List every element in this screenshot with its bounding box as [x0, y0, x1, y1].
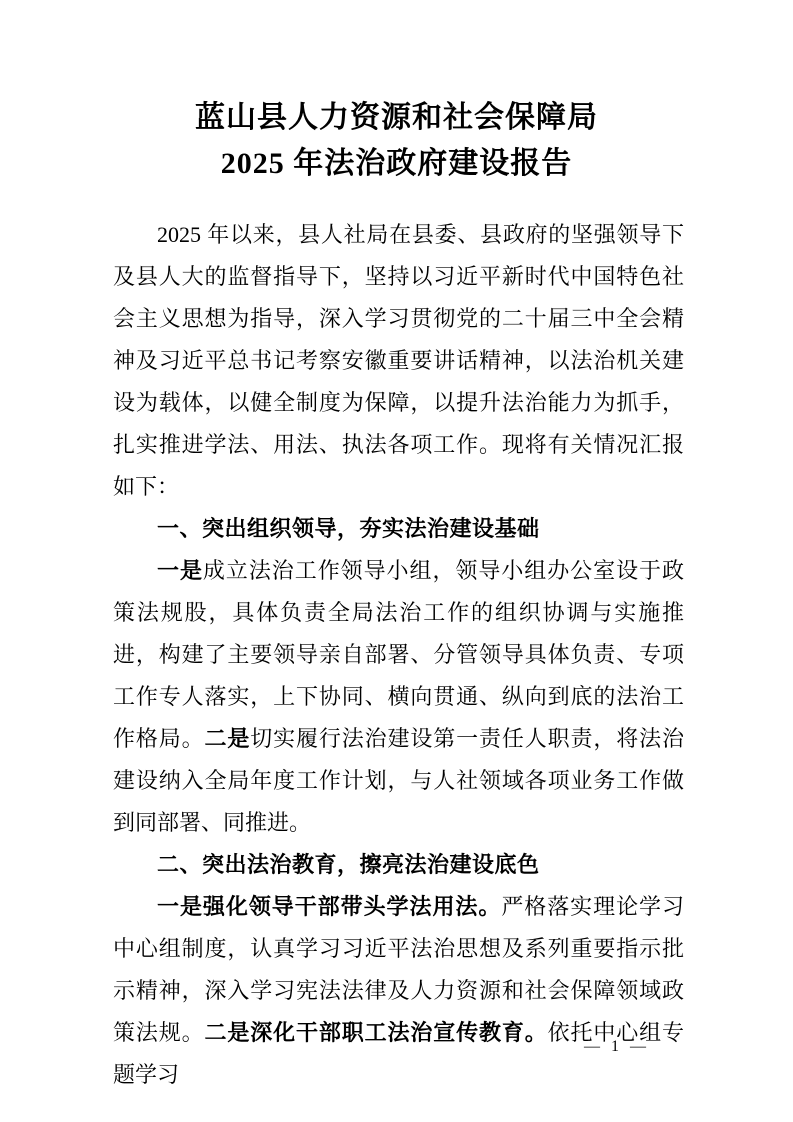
footer-dash-right: — [630, 1038, 646, 1056]
text-run: 2025 年以来，县人社局在县委、县政府的坚强领导下及县人大的监督指导下，坚持以… [113, 222, 684, 499]
page-footer: — 1 — [584, 1038, 646, 1056]
document-title-line2: 2025 年法治政府建设报告 [0, 141, 793, 187]
body-paragraph: 一是成立法治工作领导小组，领导小组办公室设于政策法规股，具体负责全局法治工作的组… [113, 550, 684, 844]
section-heading: 一、突出组织领导，夯实法治建设基础 [113, 508, 684, 550]
document-title-line1: 蓝山县人力资源和社会保障局 [0, 95, 793, 141]
body-paragraph: 一是强化领导干部带头学法用法。严格落实理论学习中心组制度，认真学习习近平法治思想… [113, 886, 684, 1096]
bold-text-run: 一是 [157, 558, 203, 583]
footer-page-number: 1 [611, 1038, 619, 1056]
bold-text-run: 二是 [205, 726, 251, 751]
document-title: 蓝山县人力资源和社会保障局 2025 年法治政府建设报告 [0, 0, 793, 187]
section-heading: 二、突出法治教育，擦亮法治建设底色 [113, 844, 684, 886]
document-body: 2025 年以来，县人社局在县委、县政府的坚强领导下及县人大的监督指导下，坚持以… [113, 214, 684, 1096]
document-page: 蓝山县人力资源和社会保障局 2025 年法治政府建设报告 2025 年以来，县人… [0, 0, 793, 1122]
bold-text-run: 二是深化干部职工法治宣传教育。 [205, 1020, 548, 1045]
bold-text-run: 一是强化领导干部带头学法用法。 [157, 894, 501, 919]
bold-text-run: 一、突出组织领导，夯实法治建设基础 [157, 516, 540, 541]
bold-text-run: 二、突出法治教育，擦亮法治建设底色 [157, 852, 540, 877]
footer-dash-left: — [584, 1038, 600, 1056]
text-run: 成立法治工作领导小组，领导小组办公室设于政策法规股，具体负责全局法治工作的组织协… [113, 558, 684, 751]
body-paragraph: 2025 年以来，县人社局在县委、县政府的坚强领导下及县人大的监督指导下，坚持以… [113, 214, 684, 508]
